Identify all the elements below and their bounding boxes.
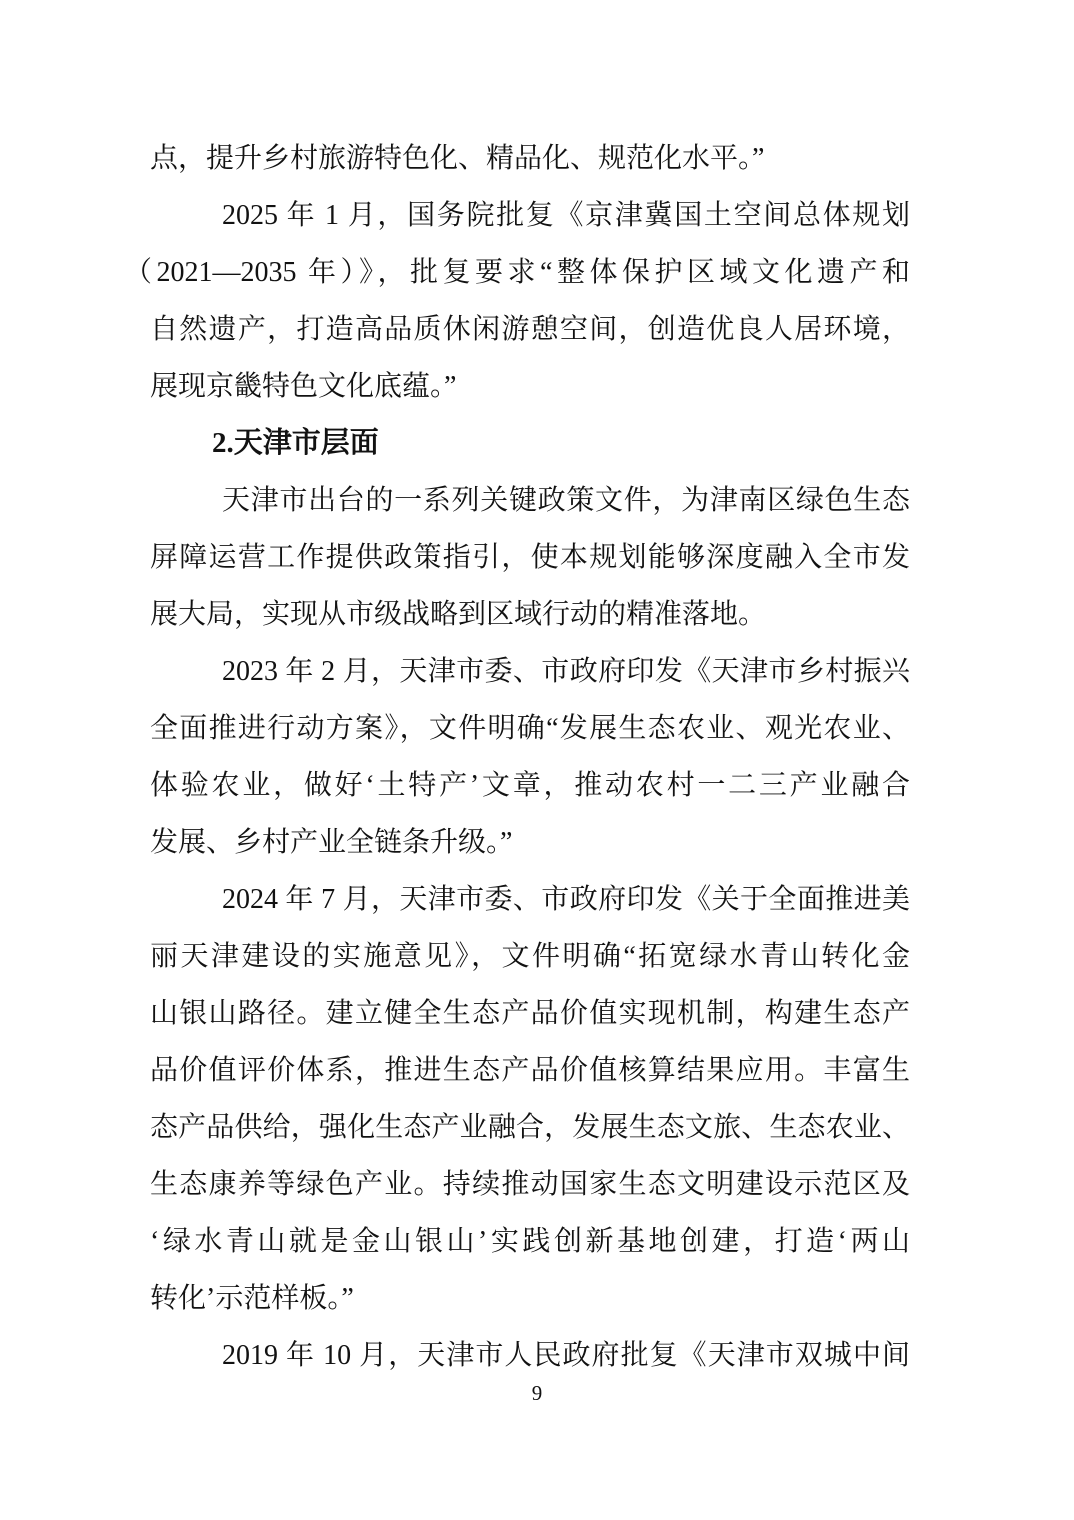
text-line: 2024 年 7 月，天津市委、市政府印发《关于全面推进美 xyxy=(150,871,910,928)
text-line: 2023 年 2 月，天津市委、市政府印发《天津市乡村振兴 xyxy=(150,643,910,700)
document-body: 点，提升乡村旅游特色化、精品化、规范化水平。” 2025 年 1 月，国务院批复… xyxy=(150,130,910,1384)
text-line: 点，提升乡村旅游特色化、精品化、规范化水平。” xyxy=(150,130,910,187)
document-page: 点，提升乡村旅游特色化、精品化、规范化水平。” 2025 年 1 月，国务院批复… xyxy=(0,0,1074,1520)
text-line: ‘绿水青山就是金山银山’实践创新基地创建，打造‘两山 xyxy=(150,1213,910,1270)
text-line: 展大局，实现从市级战略到区域行动的精准落地。 xyxy=(150,586,910,643)
text-line: 态产品供给，强化生态产业融合，发展生态文旅、生态农业、 xyxy=(150,1099,910,1156)
text-line: 2025 年 1 月，国务院批复《京津冀国土空间总体规划 xyxy=(150,187,910,244)
text-line: 展现京畿特色文化底蕴。” xyxy=(150,358,910,415)
text-line: 山银山路径。建立健全生态产品价值实现机制，构建生态产 xyxy=(150,985,910,1042)
text-line: 屏障运营工作提供政策指引，使本规划能够深度融入全市发 xyxy=(150,529,910,586)
text-line: 品价值评价体系，推进生态产品价值核算结果应用。丰富生 xyxy=(150,1042,910,1099)
section-heading: 2.天津市层面 xyxy=(150,415,910,472)
text-line: 自然遗产，打造高品质休闲游憩空间，创造优良人居环境， xyxy=(150,301,910,358)
text-line: 丽天津建设的实施意见》，文件明确“拓宽绿水青山转化金 xyxy=(150,928,910,985)
text-line: 体验农业，做好‘土特产’文章，推动农村一二三产业融合 xyxy=(150,757,910,814)
text-line: 转化’示范样板。” xyxy=(150,1270,910,1327)
text-line: 2019 年 10 月，天津市人民政府批复《天津市双城中间 xyxy=(150,1327,910,1384)
text-line: 全面推进行动方案》，文件明确“发展生态农业、观光农业、 xyxy=(150,700,910,757)
text-line: 天津市出台的一系列关键政策文件，为津南区绿色生态 xyxy=(150,472,910,529)
text-line: （2021—2035 年）》，批复要求“整体保护区域文化遗产和 xyxy=(124,244,910,301)
page-number: 9 xyxy=(0,1378,1074,1408)
text-line: 生态康养等绿色产业。持续推动国家生态文明建设示范区及 xyxy=(150,1156,910,1213)
text-line: 发展、乡村产业全链条升级。” xyxy=(150,814,910,871)
